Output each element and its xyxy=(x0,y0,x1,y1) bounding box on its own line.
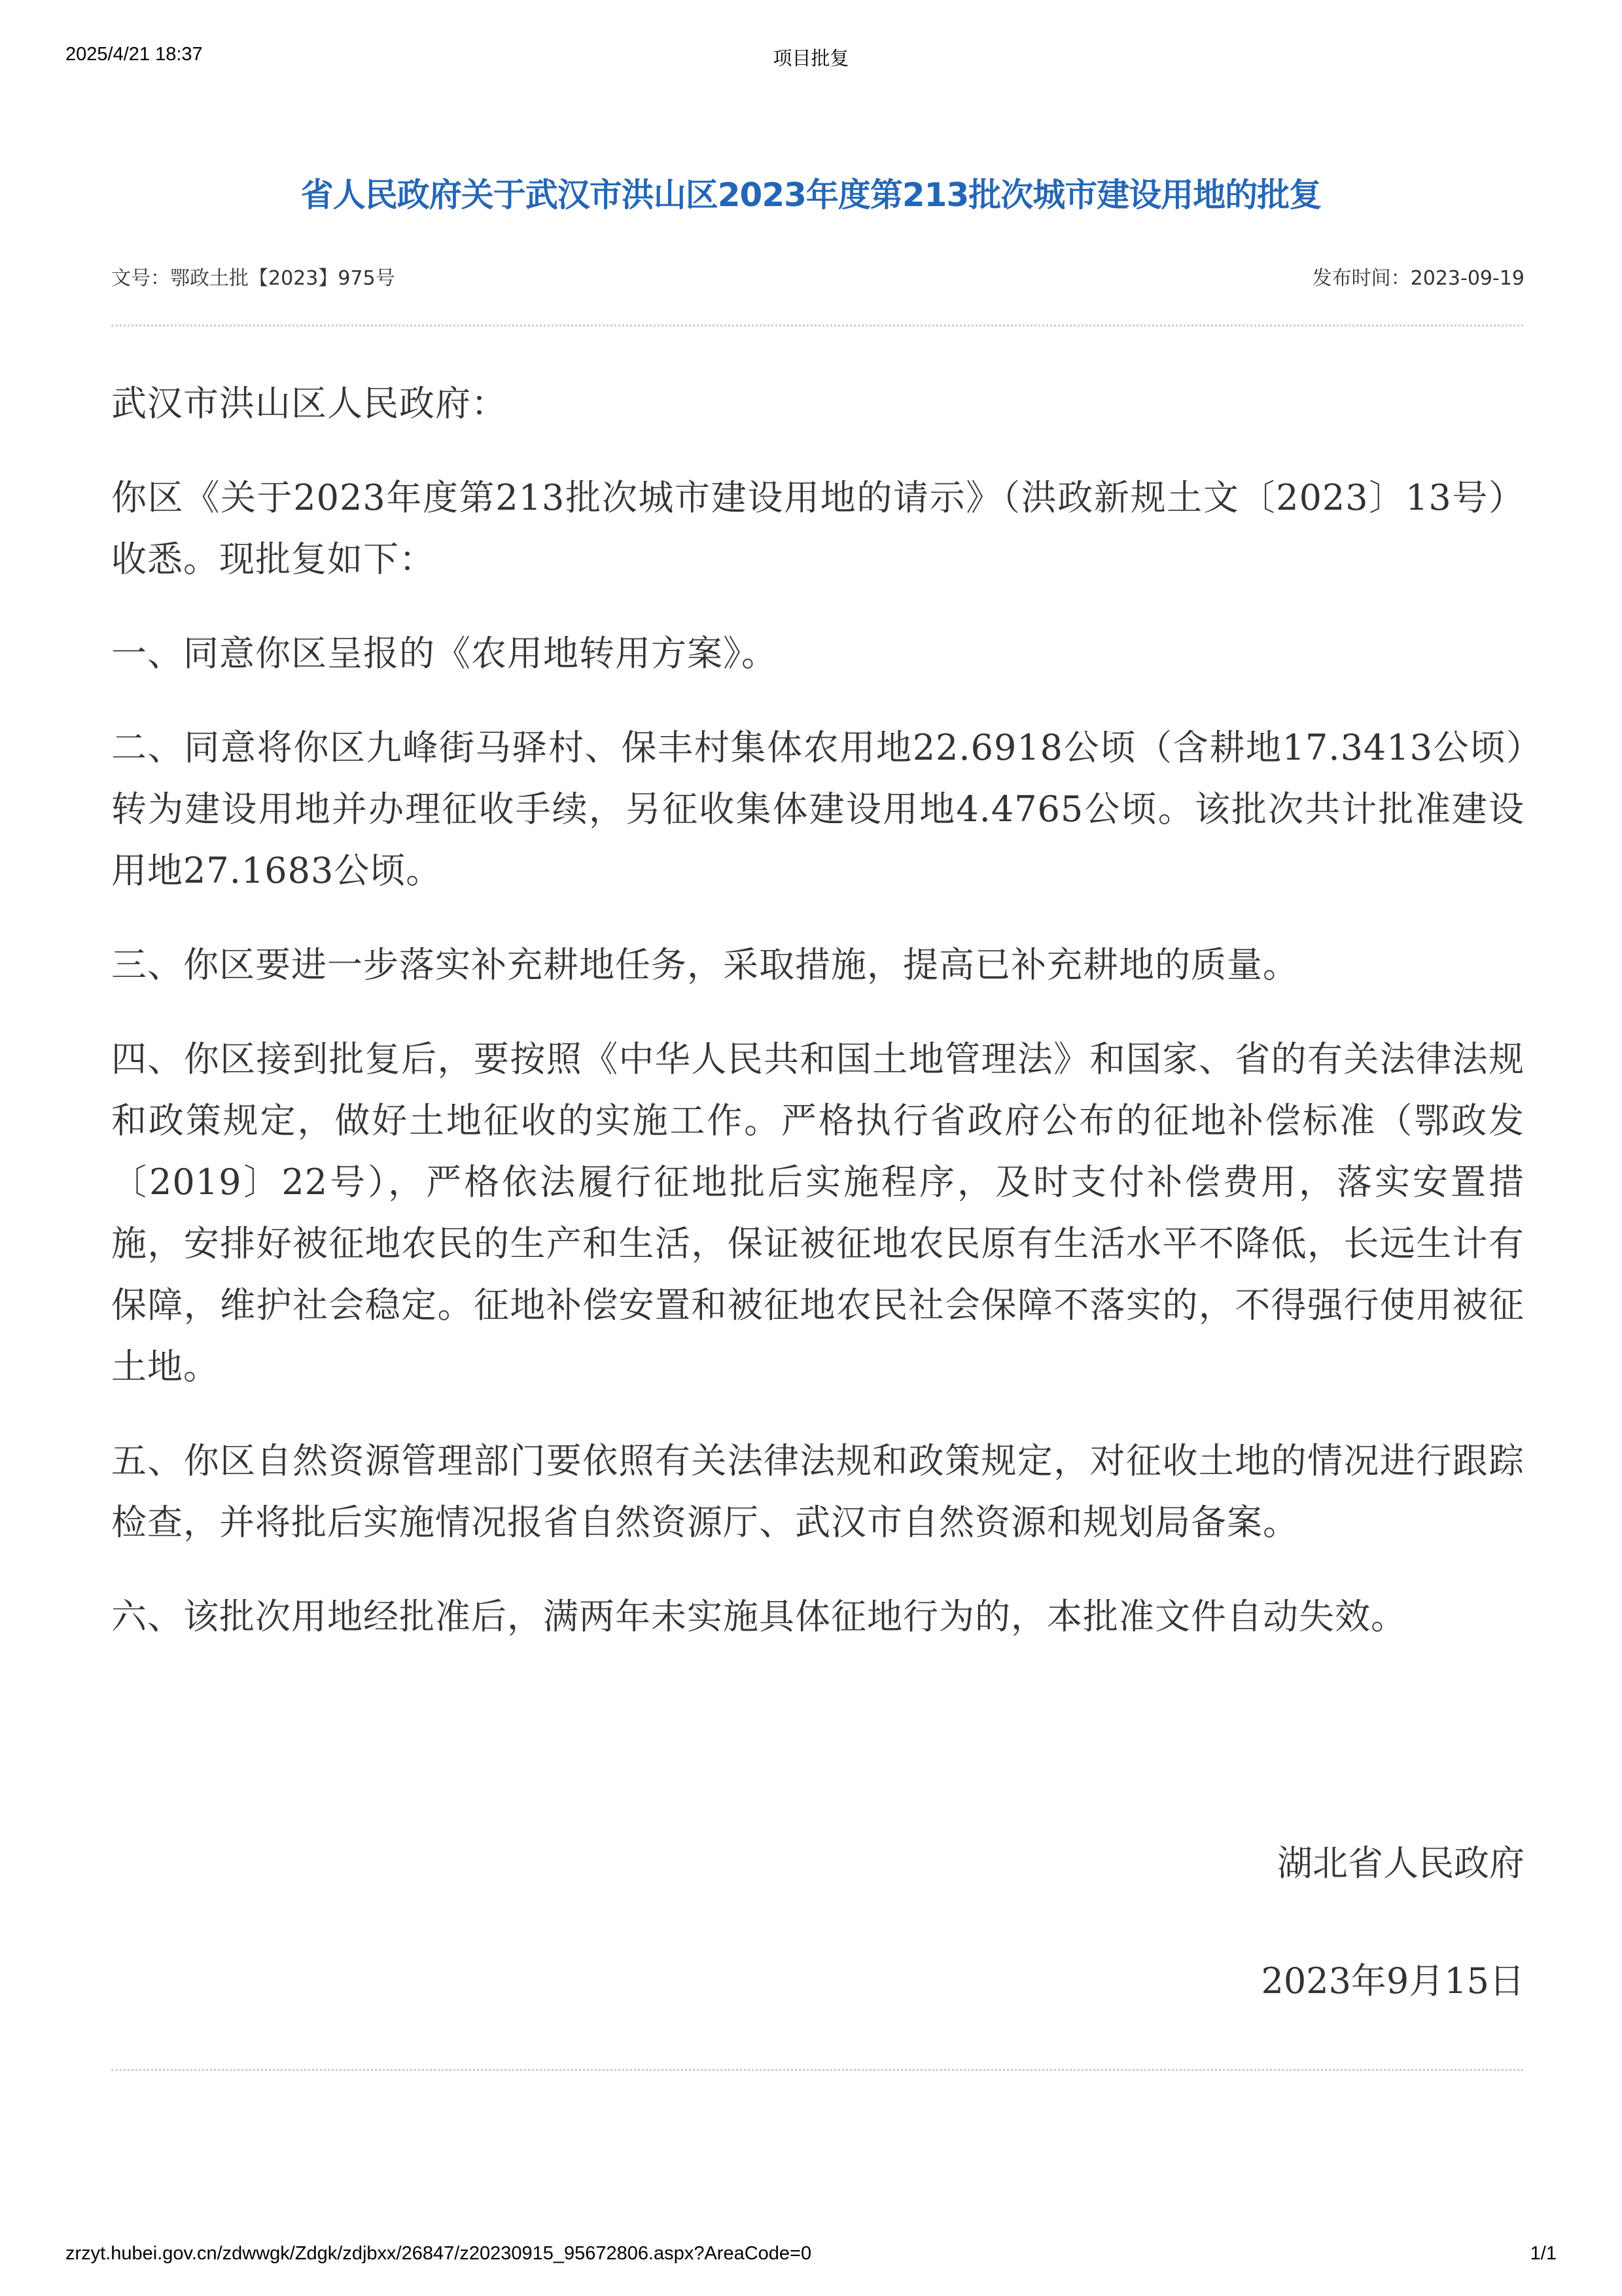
paragraph-item-2: 二、同意将你区九峰街马驿村、保丰村集体农用地22.6918公顷（含耕地17.34… xyxy=(111,717,1525,902)
divider-bottom xyxy=(111,2069,1523,2071)
page-url: zrzyt.hubei.gov.cn/zdwwgk/Zdgk/zdjbxx/26… xyxy=(65,2243,811,2265)
doc-number: 文号：鄂政土批【2023】975号 xyxy=(111,262,395,291)
print-header: 2025/4/21 18:37 项目批复 xyxy=(0,41,1622,67)
publish-date-value: 2023-09-19 xyxy=(1411,267,1525,290)
print-page-title: 项目批复 xyxy=(0,44,1622,71)
page-indicator: 1/1 xyxy=(1530,2243,1557,2265)
paragraph-intro: 你区《关于2023年度第213批次城市建设用地的请示》（洪政新规土文〔2023〕… xyxy=(111,467,1525,590)
document-body: 武汉市洪山区人民政府： 你区《关于2023年度第213批次城市建设用地的请示》（… xyxy=(111,373,1525,1680)
doc-number-label: 文号： xyxy=(111,267,170,290)
salutation: 武汉市洪山区人民政府： xyxy=(111,373,1525,434)
signature-organization: 湖北省人民政府 xyxy=(111,1835,1525,1886)
paragraph-item-3: 三、你区要进一步落实补充耕地任务，采取措施，提高已补充耕地的质量。 xyxy=(111,934,1525,996)
signature-date: 2023年9月15日 xyxy=(111,1953,1525,2004)
paragraph-item-4: 四、你区接到批复后，要按照《中华人民共和国土地管理法》和国家、省的有关法律法规和… xyxy=(111,1029,1525,1398)
publish-date: 发布时间：2023-09-19 xyxy=(1313,262,1525,291)
publish-date-label: 发布时间： xyxy=(1313,267,1411,290)
paragraph-item-6: 六、该批次用地经批准后，满两年未实施具体征地行为的，本批准文件自动失效。 xyxy=(111,1586,1525,1648)
paragraph-item-5: 五、你区自然资源管理部门要依照有关法律法规和政策规定，对征收土地的情况进行跟踪检… xyxy=(111,1430,1525,1553)
doc-number-value: 鄂政土批【2023】975号 xyxy=(170,267,395,290)
document-title: 省人民政府关于武汉市洪山区2023年度第213批次城市建设用地的批复 xyxy=(0,169,1622,216)
paragraph-item-1: 一、同意你区呈报的《农用地转用方案》。 xyxy=(111,623,1525,684)
divider-top xyxy=(111,325,1523,327)
